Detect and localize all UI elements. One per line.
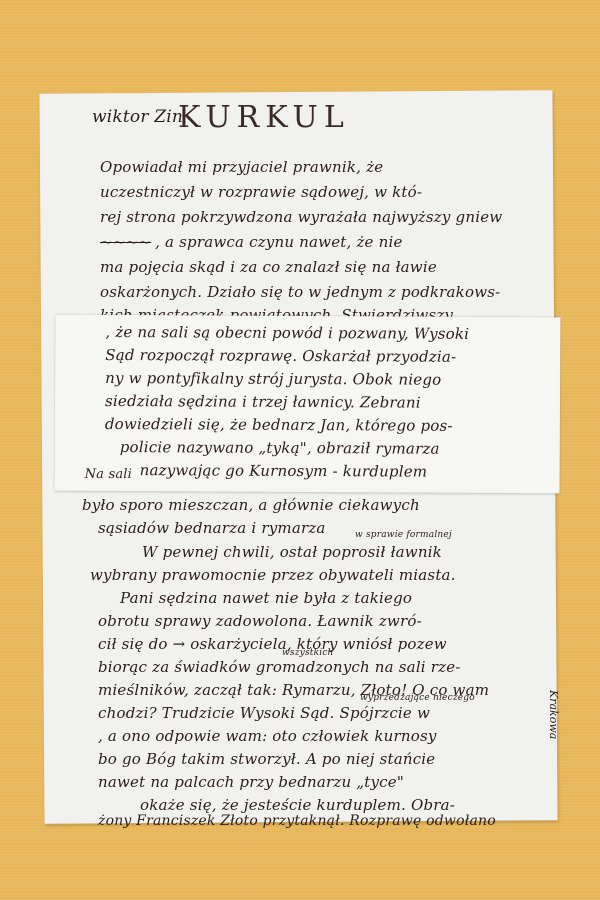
text-line: cił się do → oskarżyciela, który wniósł … xyxy=(98,635,447,653)
text-line: było sporo mieszczan, a głównie ciekawyc… xyxy=(82,496,420,514)
insertion-note: wyprzedzające nieczego xyxy=(360,693,475,703)
text-line: oskarżonych. Działo się to w jednym z po… xyxy=(100,283,500,301)
text-line: rej strona pokrzywdzona wyrażała najwyżs… xyxy=(100,208,502,226)
text-line: biorąc za świadków gromadzonych na sali … xyxy=(98,658,461,676)
text-line: chodzi? Trudzicie Wysoki Sąd. Spójrzcie … xyxy=(98,704,430,722)
text-line: sąsiadów bednarza i rymarza xyxy=(98,519,326,537)
text-line: wybrany prawomocnie przez obywateli mias… xyxy=(90,566,456,584)
strip-line: , że na sali są obecni powód i pozwany, … xyxy=(105,323,469,343)
author-name: wiktor Zin xyxy=(92,107,183,127)
text-line: bo go Bóg takim stworzył. A po niej stań… xyxy=(98,750,435,768)
text-line: Opowiadał mi przyjaciel prawnik, że xyxy=(100,158,383,176)
text-line: W pewnej chwili, ostał poprosił ławnik xyxy=(142,543,442,561)
strip-line: nazywając go Kurnosym - kurduplem xyxy=(140,461,428,481)
text-line: żony Franciszek Złoto przytaknął. Rozpra… xyxy=(98,813,496,829)
strip-line: Sąd rozpoczął rozprawę. Oskarżał przyodz… xyxy=(105,346,456,366)
text-line: okaże się, że jesteście kurduplem. Obra- xyxy=(140,796,455,814)
struck-word: ~~~~ xyxy=(100,233,151,251)
insertion-note: w sprawie formalnej xyxy=(355,530,452,540)
strip-line: ny w pontyfikalny strój jurysta. Obok ni… xyxy=(105,369,441,389)
document-title: KURKUL xyxy=(178,100,350,135)
text-line: Pani sędzina nawet nie była z takiego xyxy=(120,589,412,607)
margin-note: Krakowa xyxy=(548,690,560,739)
strip-line: dowiedzieli się, że bednarz Jan, którego… xyxy=(105,415,453,435)
strip-line: policie nazywano „tyką", obraził rymarza xyxy=(120,438,440,458)
strip-line: siedziała sędzina i trzej ławnicy. Zebra… xyxy=(105,392,421,412)
pasted-paper-strip: , że na sali są obecni powód i pozwany, … xyxy=(55,315,561,494)
insertion-note: wszystkich xyxy=(282,648,334,658)
strip-margin-note: Na sali xyxy=(85,467,132,482)
text-line: ma pojęcia skąd i za co znalazł się na ł… xyxy=(100,258,437,276)
text-line: obrotu sprawy zadowolona. Ławnik zwró- xyxy=(98,612,422,630)
text-line: , a ono odpowie wam: oto człowiek kurnos… xyxy=(98,727,437,745)
text-line: uczestniczył w rozprawie sądowej, w któ- xyxy=(100,183,422,201)
text-line: ~~~~, a sprawca czynu nawet, że nie xyxy=(100,233,403,251)
text-line: nawet na palcach przy bednarzu „tyce" xyxy=(98,773,404,791)
